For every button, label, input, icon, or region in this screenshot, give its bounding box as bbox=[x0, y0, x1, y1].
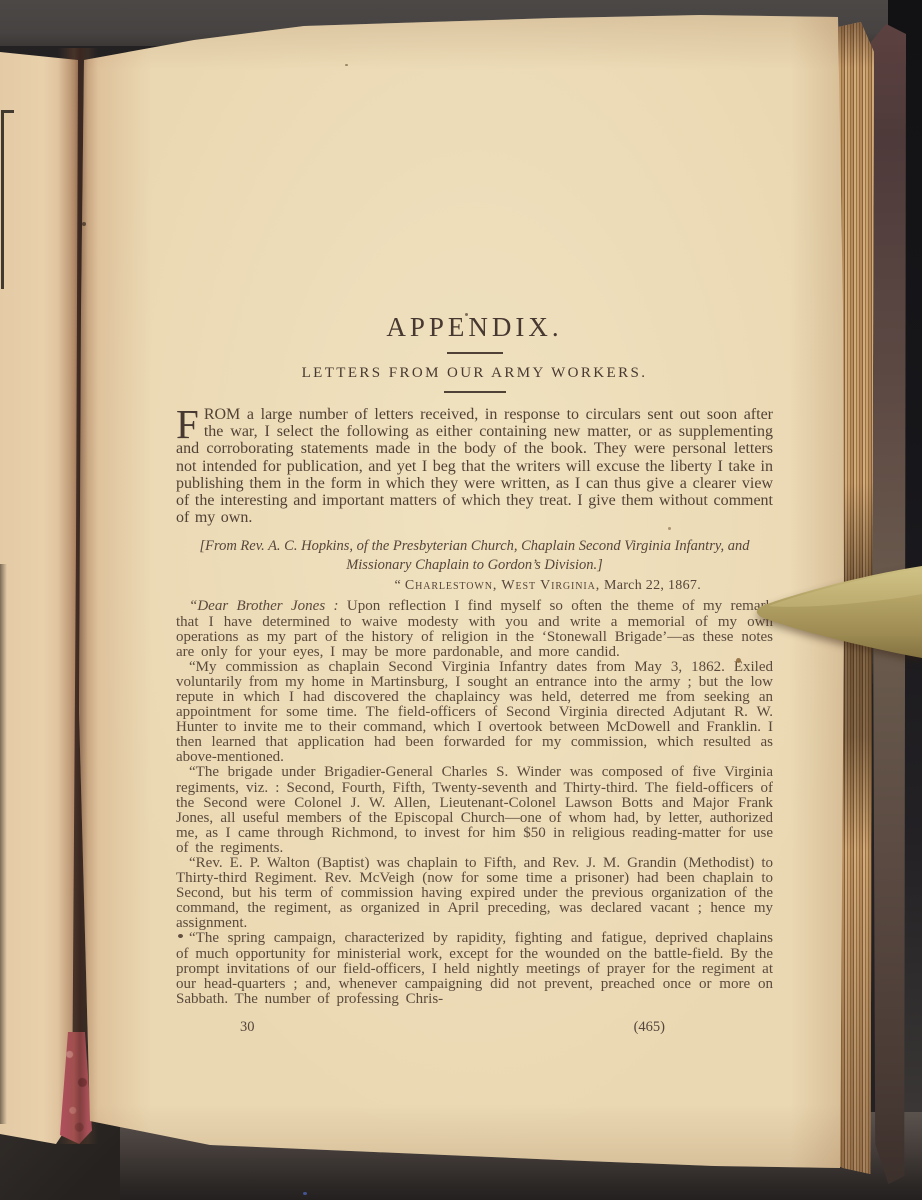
bone-folder bbox=[748, 552, 922, 670]
dateline-open-quote: “ bbox=[395, 578, 402, 593]
facing-page-frame-corner bbox=[1, 110, 14, 289]
page-footer: 30 (465) bbox=[176, 1019, 773, 1036]
letter-dateline: “ Charlestown, West Virginia, March 22, … bbox=[395, 578, 701, 594]
letter-paragraph: “My commission as chaplain Second Virgin… bbox=[176, 660, 773, 766]
intro-paragraph: FROM a large number of letters received,… bbox=[176, 406, 773, 526]
page-title: APPENDIX. bbox=[176, 312, 773, 343]
dateline-place: Charlestown, West Virginia, bbox=[405, 578, 600, 593]
letter-paragraph: “Rev. E. P. Walton (Baptist) was chaplai… bbox=[176, 856, 773, 931]
letter-paragraph: “The spring campaign, characterized by r… bbox=[176, 931, 773, 1006]
drop-cap: F bbox=[176, 406, 204, 440]
book-photograph: APPENDIX. LETTERS FROM OUR ARMY WORKERS.… bbox=[0, 0, 922, 1200]
gutter-shadow bbox=[58, 48, 98, 1144]
signature-mark: 30 bbox=[240, 1019, 255, 1036]
salutation: “Dear Brother Jones : bbox=[189, 598, 339, 614]
title-rule bbox=[447, 352, 503, 354]
intro-text: ROM a large number of letters received, … bbox=[176, 406, 773, 526]
section-heading: LETTERS FROM OUR ARMY WORKERS. bbox=[176, 365, 773, 382]
attribution-note: [From Rev. A. C. Hopkins, of the Presbyt… bbox=[176, 537, 773, 575]
letter-paragraph: “The brigade under Brigadier-General Cha… bbox=[176, 765, 773, 856]
section-rule bbox=[444, 391, 506, 393]
dateline-date: March 22, 1867. bbox=[604, 578, 701, 593]
bone-folder-shape bbox=[748, 552, 922, 670]
printed-text-block: APPENDIX. LETTERS FROM OUR ARMY WORKERS.… bbox=[176, 312, 773, 1036]
letter-opening-paragraph: “Dear Brother Jones : Upon reflection I … bbox=[176, 599, 773, 659]
page-number: (465) bbox=[634, 1019, 665, 1036]
